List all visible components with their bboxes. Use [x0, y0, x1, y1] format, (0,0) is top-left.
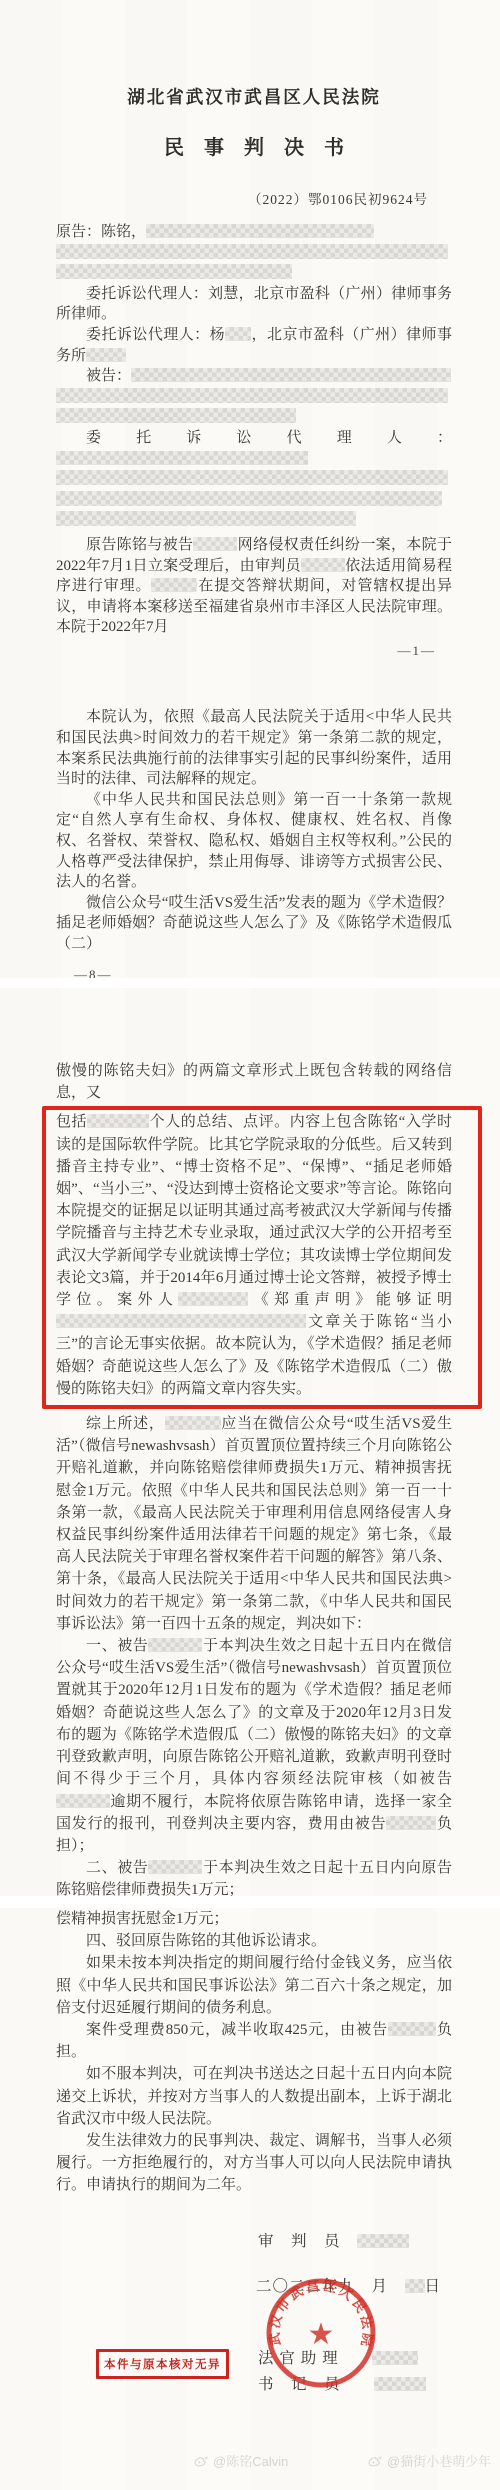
page2-lead: 傲慢的陈铭夫妇》的两篇文章形式上既包含转载的网络信息，又 — [56, 1060, 452, 1104]
page3-body: 偿精神损害抚慰金1万元；四、驳回原告陈铭的其他诉讼请求。如果未按本判决指定的期间… — [56, 1908, 452, 2197]
plaintiff-agent-1: 委托诉讼代理人：刘慧，北京市盈科（广州）律师事务所律师。 — [56, 284, 452, 325]
photo-seam — [0, 1896, 500, 1908]
redacted-blur — [56, 264, 292, 279]
doc-title: 民 事 判 决 书 — [56, 131, 452, 160]
photo-seam — [0, 978, 500, 988]
page3-content: 偿精神损害抚慰金1万元；四、驳回原告陈铭的其他诉讼请求。如果未按本判决指定的期间… — [0, 1908, 500, 2396]
weibo-icon — [368, 2455, 383, 2467]
redacted-blur — [148, 1860, 202, 1874]
court-opinion: 本院认为，依照《最高人民法院关于适用<中华人民共和国民法典>时间效力的若干规定》… — [56, 707, 452, 789]
redacted-blur — [56, 408, 296, 423]
redacted-blur — [146, 224, 374, 238]
continuation-line: 傲慢的陈铭夫妇》的两篇文章形式上既包含转载的网络信息，又 — [56, 1060, 452, 1104]
redacted-blur — [87, 1114, 149, 1128]
enforcement-clause: 发生法律效力的民事判决、裁定、调解书，当事人必须履行。一方拒绝履行的，对方当事人… — [56, 2130, 452, 2197]
redacted-blur — [56, 511, 356, 526]
redacted-blur — [56, 388, 448, 403]
weibo-icon — [194, 2455, 209, 2467]
redacted-line — [56, 387, 452, 408]
court-fee: 案件受理费850元，减半收取425元，由被告负担。 — [56, 2019, 452, 2063]
interest-clause: 如果未按本判决指定的期间履行给付金钱义务，应当依照《中华人民共和国民事诉讼法》第… — [56, 1952, 452, 2019]
redacted-blur — [56, 244, 448, 259]
seal-star: ★ — [308, 2318, 335, 2351]
court-seal-icon: ★ 武汉市武昌区人民法院 — [264, 2276, 378, 2390]
judgment-item-1: 一、被告于本判决生效之日起十五日内在微信公众号“哎生活VS爱生活”（微信号new… — [56, 1635, 452, 1857]
redacted-blur — [386, 1816, 436, 1830]
plaintiff-agent-2: 委托诉讼代理人：杨，北京市盈科（广州）律师事务所 — [56, 325, 452, 366]
page1-content: 湖北省武汉市武昌区人民法院 民 事 判 决 书 （2022）鄂0106民初962… — [0, 84, 500, 978]
highlighted-finding: 包括个人的总结、点评。内容上包含陈铭“入学时读的是国际软件学院。比其它学院录取的… — [56, 1111, 452, 1400]
redacted-line — [56, 490, 452, 511]
redacted-line — [56, 510, 452, 531]
page2-content: 傲慢的陈铭夫妇》的两篇文章形式上既包含转载的网络信息，又 包括个人的总结、点评。… — [0, 1060, 500, 1896]
redacted-blur — [193, 537, 237, 551]
redacted-blur — [301, 558, 345, 572]
defendant-line: 被告： — [56, 366, 452, 387]
redacted-blur — [357, 2234, 409, 2248]
plaintiff-line: 原告：陈铭， — [56, 222, 452, 243]
highlight-box: 包括个人的总结、点评。内容上包含陈铭“入学时读的是国际软件学院。比其它学院录取的… — [42, 1106, 482, 1409]
page-number: —1— — [56, 641, 452, 662]
redacted-line — [56, 407, 452, 428]
weibo-watermark-left: @陈铭Calvin — [194, 2451, 288, 2470]
redacted-line — [56, 263, 452, 284]
judge-line: 审 判 员 — [258, 2231, 452, 2253]
case-intro: 原告陈铭与被告网络侵权责任纠纷一案，本院于2022年7月1日立案受理后，由审判员… — [56, 535, 452, 638]
redacted-blur — [372, 2351, 418, 2365]
redacted-blur — [56, 491, 442, 506]
judgment-item-4: 四、驳回原告陈铭的其他诉讼请求。 — [56, 1930, 452, 1952]
page-number: —8— — [56, 965, 452, 978]
redacted-blur — [148, 1638, 202, 1652]
court-name: 湖北省武汉市武昌区人民法院 — [56, 84, 452, 109]
redacted-blur — [56, 1794, 110, 1808]
redacted-blur — [56, 470, 448, 485]
redacted-blur — [131, 368, 451, 382]
redacted-blur — [405, 2279, 425, 2293]
defendant-agent: 委托诉讼代理人： — [56, 428, 452, 469]
watermark-label: @猫街小巷萌少年 — [387, 2451, 491, 2470]
redacted-blur — [388, 2022, 436, 2036]
redacted-blur — [56, 1314, 306, 1328]
redacted-line — [56, 469, 452, 490]
appeal-clause: 如不服本判决，可在判决书送达之日起十五日内向本院递交上诉状，并按对方当事人的人数… — [56, 2063, 452, 2130]
continuation-line: 偿精神损害抚慰金1万元； — [56, 1908, 452, 1930]
verification-stamp: 本件与原本核对无异 — [96, 2349, 229, 2379]
wechat-articles: 微信公众号“哎生活VS爱生活”发表的题为《学术造假？插足老师婚姻？奇葩说这些人怎… — [56, 893, 452, 955]
law-citation: 《中华人民共和国民法总则》第一百一十条第一款规定“自然人享有生命权、身体权、健康… — [56, 790, 452, 893]
redacted-blur — [151, 578, 197, 592]
redacted-blur — [374, 2377, 426, 2391]
page1-body: 原告：陈铭，委托诉讼代理人：刘慧，北京市盈科（广州）律师事务所律师。委托诉讼代理… — [56, 222, 452, 978]
photo-segment-3: 偿精神损害抚慰金1万元；四、驳回原告陈铭的其他诉讼请求。如果未按本判决指定的期间… — [0, 1908, 500, 2490]
redacted-line — [56, 243, 452, 264]
redacted-blur — [178, 1292, 248, 1306]
case-number: （2022）鄂0106民初9624号 — [56, 188, 452, 208]
conclusion: 综上所述，应当在微信公众号“哎生活VS爱生活”（微信号newashvsash）首… — [56, 1413, 452, 1635]
photo-segment-1: 湖北省武汉市武昌区人民法院 民 事 判 决 书 （2022）鄂0106民初962… — [0, 0, 500, 978]
watermark-label: @陈铭Calvin — [213, 2451, 288, 2470]
redacted-blur — [165, 1416, 221, 1430]
photo-segment-2: 傲慢的陈铭夫妇》的两篇文章形式上既包含转载的网络信息，又 包括个人的总结、点评。… — [0, 988, 500, 1896]
redacted-blur — [86, 348, 126, 362]
weibo-watermark-right: @猫街小巷萌少年 — [368, 2451, 491, 2470]
redacted-blur — [56, 451, 308, 465]
judgment-item-2: 二、被告于本判决生效之日起十五日内向原告陈铭赔偿律师费损失1万元； — [56, 1857, 452, 1896]
page2-body: 综上所述，应当在微信公众号“哎生活VS爱生活”（微信号newashvsash）首… — [56, 1413, 452, 1896]
redacted-blur — [225, 327, 251, 341]
